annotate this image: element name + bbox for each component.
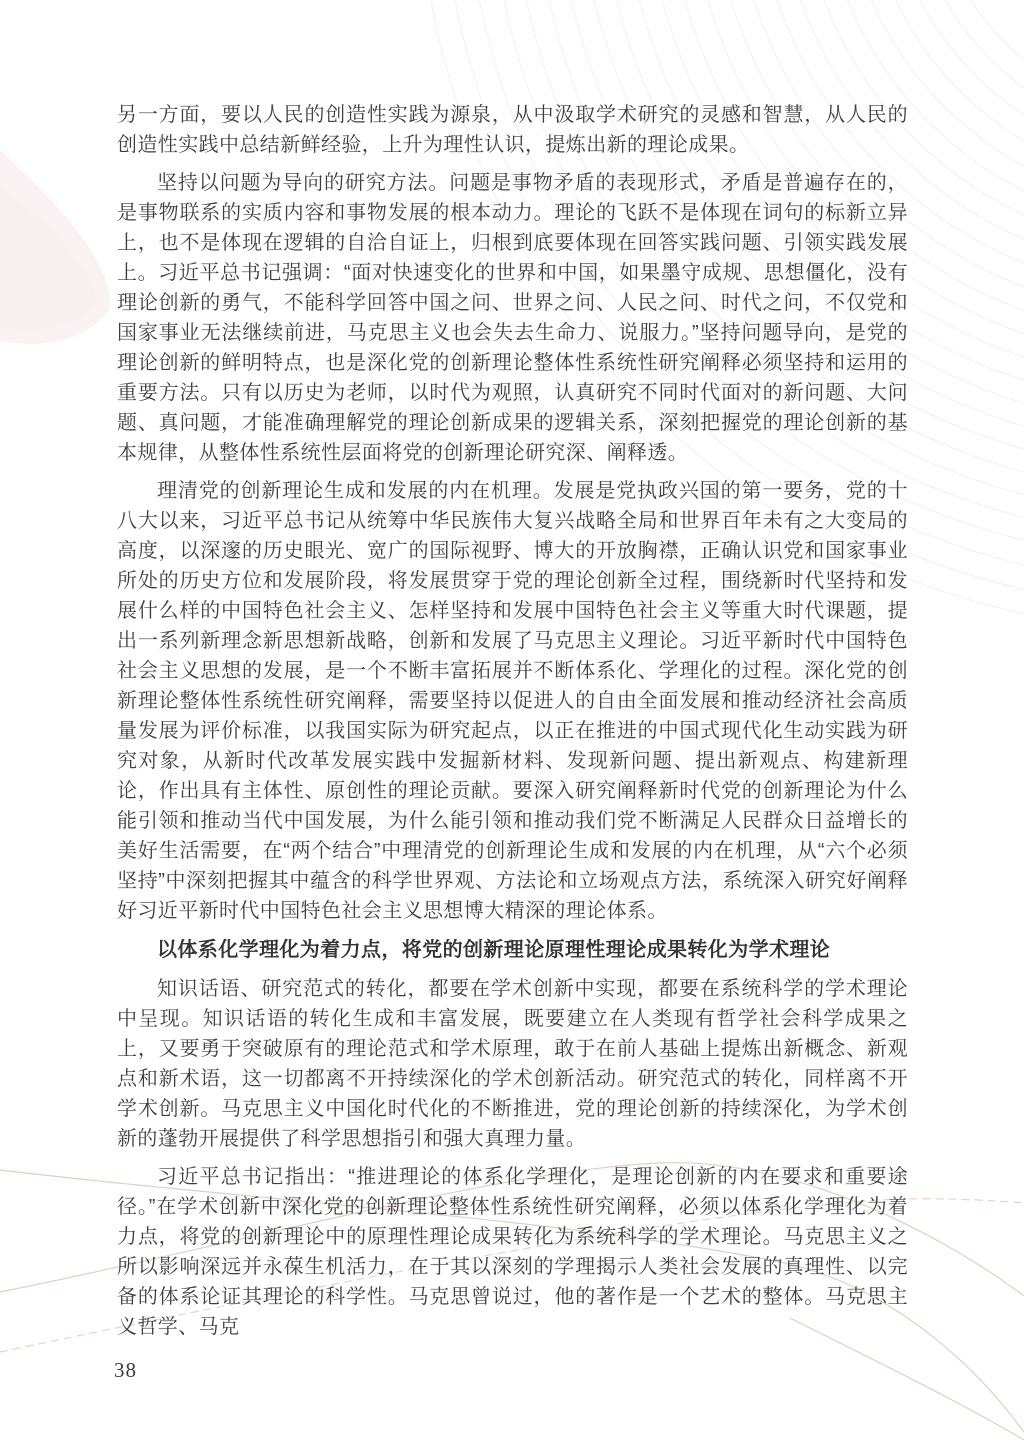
paragraph: 理清党的创新理论生成和发展的内在机理。发展是党执政兴国的第一要务，党的十八大以来…	[117, 476, 908, 926]
section-heading: 以体系化学理化为着力点，将党的创新理论原理性理论成果转化为学术理论	[117, 935, 908, 965]
paragraph: 另一方面，要以人民的创造性实践为源泉，从中汲取学术研究的灵感和智慧，从人民的创造…	[117, 100, 908, 160]
paragraph: 习近平总书记指出：“推进理论的体系化学理化，是理论创新的内在要求和重要途径。”在…	[117, 1162, 908, 1342]
swoosh-decoration	[0, 150, 110, 344]
page-number: 38	[114, 1358, 137, 1383]
paragraph: 知识话语、研究范式的转化，都要在学术创新中实现，都要在系统科学的学术理论中呈现。…	[117, 974, 908, 1154]
paragraph: 坚持以问题为导向的研究方法。问题是事物矛盾的表现形式，矛盾是普遍存在的，是事物联…	[117, 168, 908, 468]
page-content: 另一方面，要以人民的创造性实践为源泉，从中汲取学术研究的灵感和智慧，从人民的创造…	[117, 100, 908, 1350]
